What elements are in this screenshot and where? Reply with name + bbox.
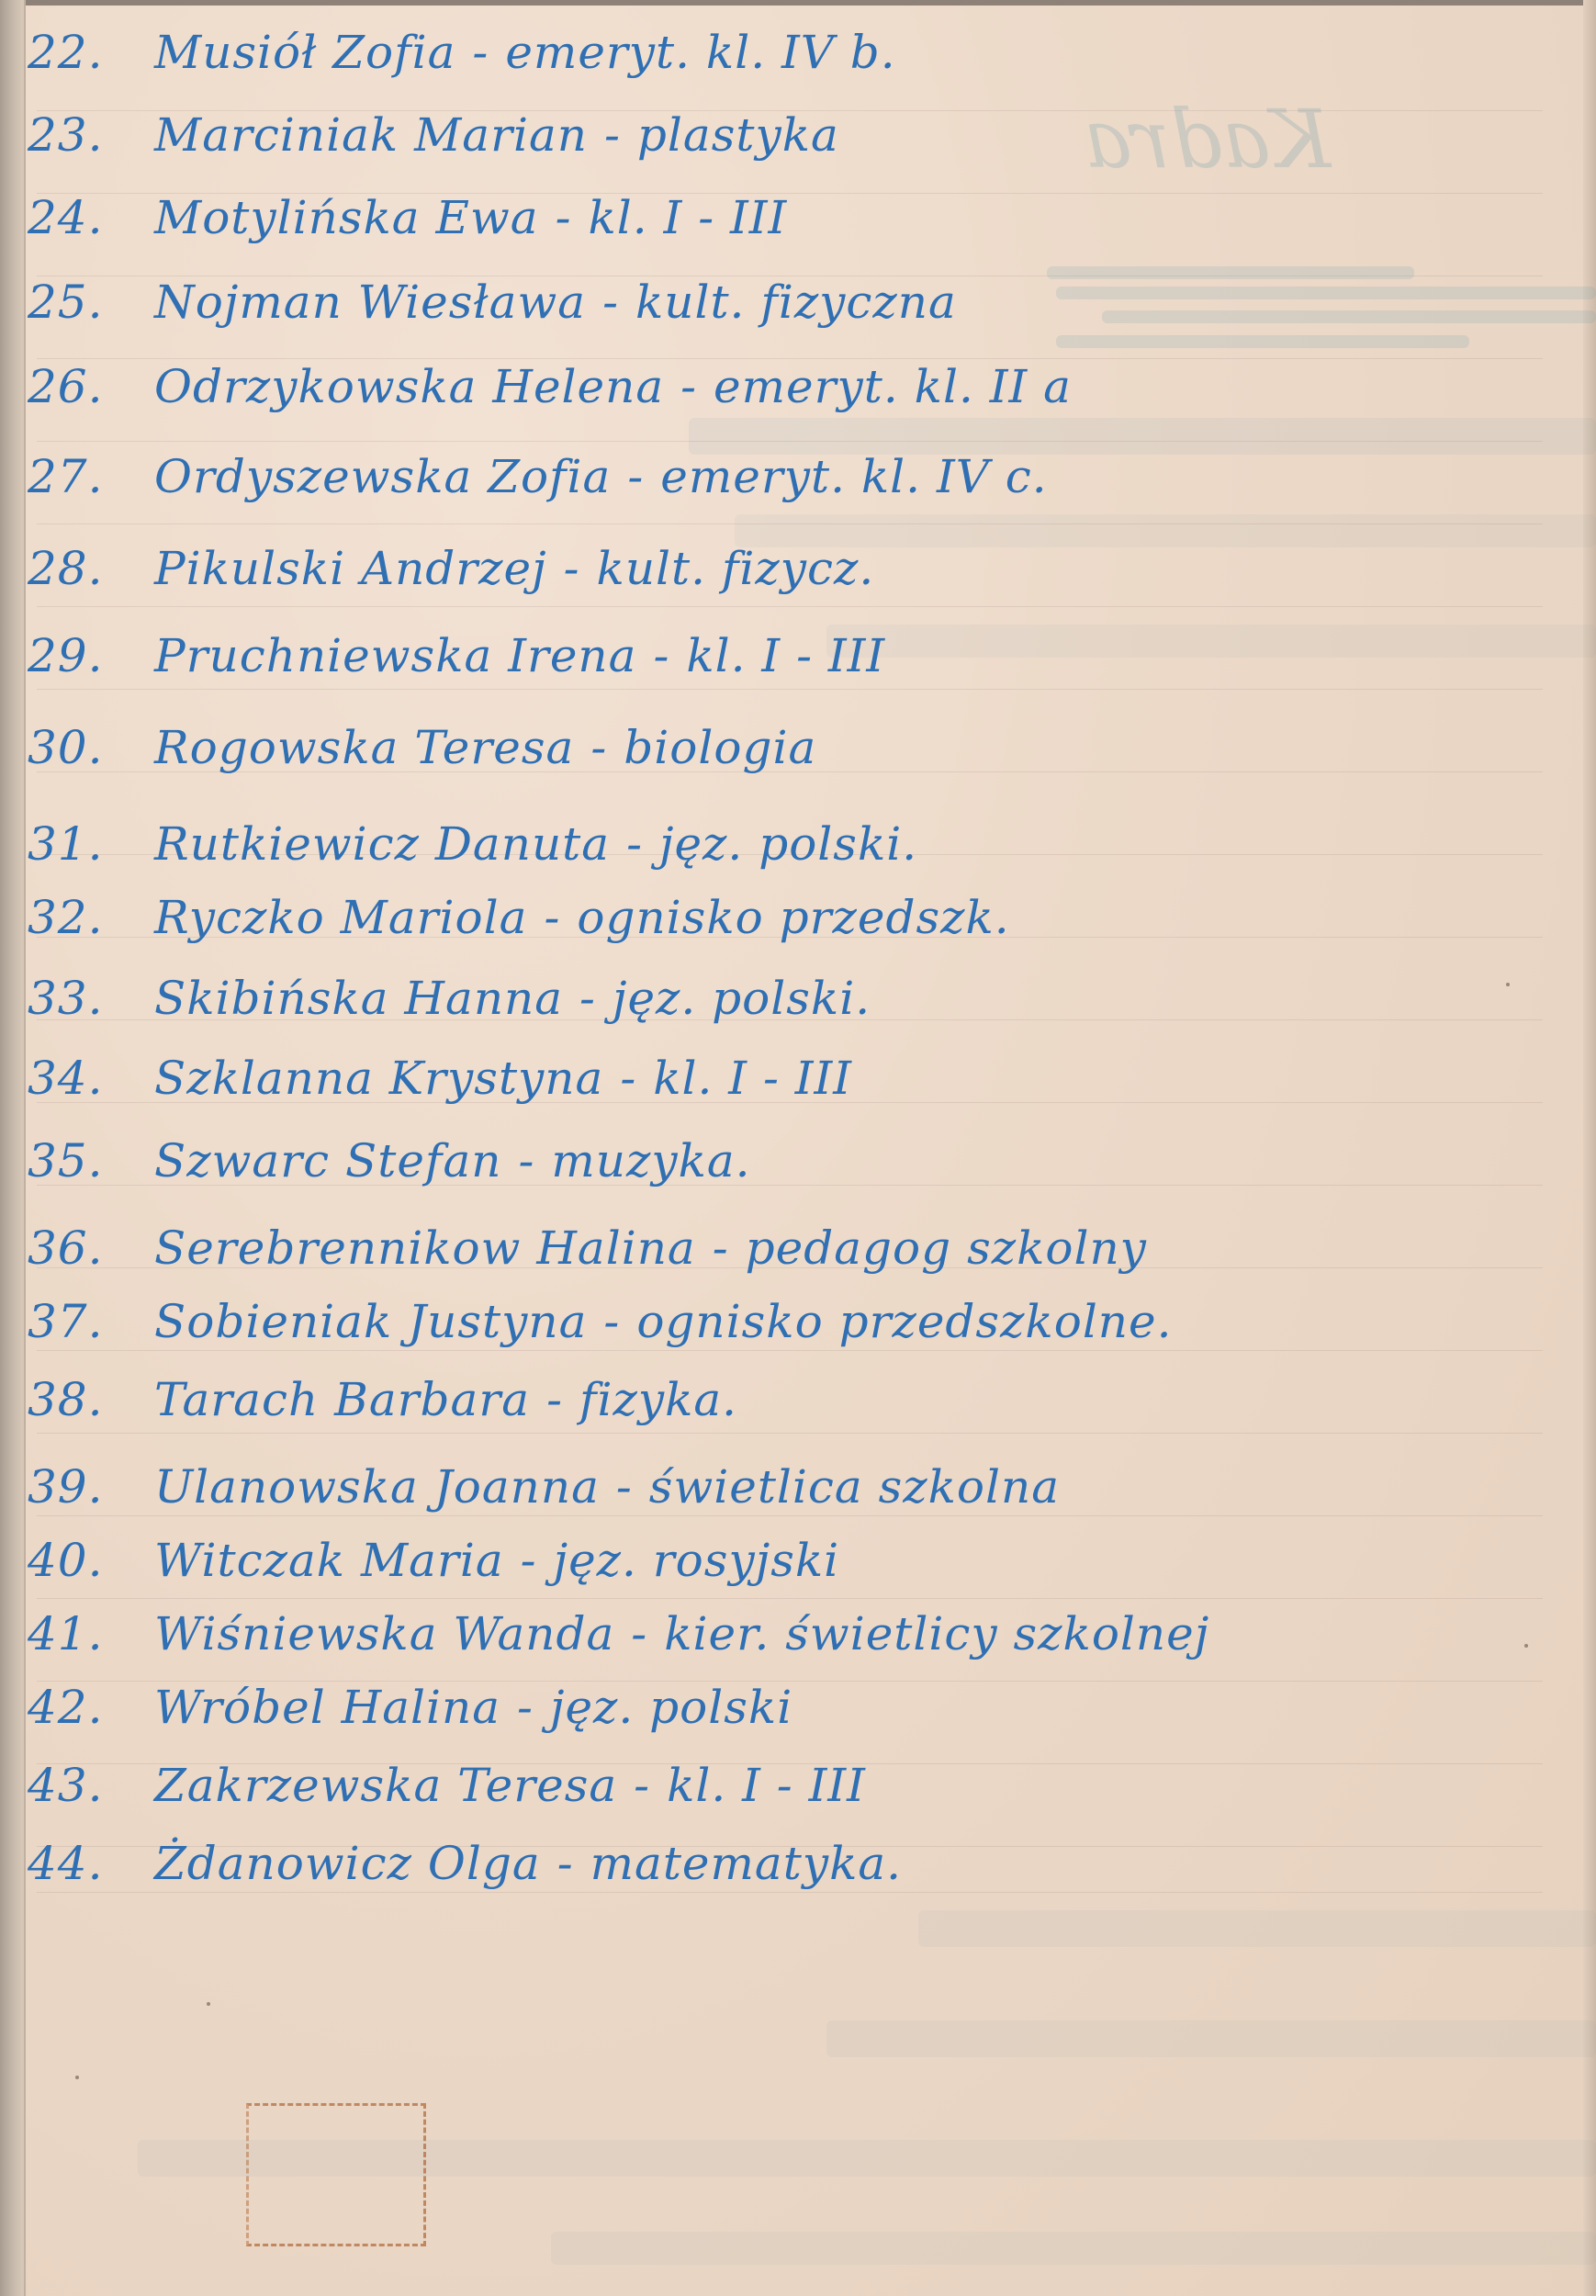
- entry-subject: jęz. polski.: [613, 972, 871, 1025]
- list-item: 26. Odrzykowska Helena - emeryt. kl. II …: [28, 360, 1072, 443]
- entry-subject: emeryt. kl. II a: [714, 360, 1072, 413]
- entry-subject: kult. fizyczna: [635, 276, 957, 329]
- entry-number: 25.: [28, 276, 138, 329]
- entry-subject: ognisko przedszk.: [577, 891, 1009, 944]
- entry-name: Tarach Barbara: [154, 1373, 530, 1426]
- list-item: 27. Ordyszewska Zofia - emeryt. kl. IV c…: [28, 450, 1048, 533]
- entry-subject: jęz. polski.: [659, 817, 917, 871]
- entry-separator: -: [680, 360, 697, 413]
- entry-number: 43.: [28, 1759, 138, 1812]
- entry-separator: -: [602, 276, 619, 329]
- entry-name: Szwarc Stefan: [154, 1134, 501, 1187]
- entry-number: 38.: [28, 1373, 138, 1426]
- list-item: 44. Żdanowicz Olga - matematyka.: [28, 1837, 902, 1919]
- bleed-through-text: [826, 2020, 1596, 2057]
- entry-separator: -: [616, 1460, 633, 1514]
- entry-name: Serebrennikow Halina: [154, 1221, 696, 1275]
- entry-name: Pruchniewska Irena: [154, 629, 636, 682]
- list-item: 28. Pikulski Andrzej - kult. fizycz.: [28, 542, 874, 625]
- list-item: 29. Pruchniewska Irena - kl. I - III: [28, 629, 885, 712]
- entry-separator: -: [556, 191, 572, 244]
- list-item: 43. Zakrzewska Teresa - kl. I - III: [28, 1759, 866, 1841]
- entry-number: 29.: [28, 629, 138, 682]
- entry-name: Motylińska Ewa: [154, 191, 539, 244]
- entry-subject: pedagog szkolny: [746, 1221, 1147, 1275]
- entry-separator: -: [603, 1295, 620, 1348]
- entry-separator: -: [634, 1759, 650, 1812]
- page-top-edge: [0, 0, 1596, 6]
- entry-number: 32.: [28, 891, 138, 944]
- entry-separator: -: [546, 1373, 563, 1426]
- entry-number: 33.: [28, 972, 138, 1025]
- entry-subject: jęz. polski: [550, 1681, 792, 1734]
- bleed-through-title: Kadra: [1084, 92, 1331, 186]
- entry-name: Sobieniak Justyna: [154, 1295, 587, 1348]
- entry-separator: -: [590, 721, 607, 774]
- entry-subject: ognisko przedszkolne.: [636, 1295, 1172, 1348]
- list-item: 22. Musiół Zofia - emeryt. kl. IV b.: [28, 26, 896, 108]
- entry-number: 30.: [28, 721, 138, 774]
- list-item: 41. Wiśniewska Wanda - kier. świetlicy s…: [28, 1607, 1209, 1690]
- list-item: 38. Tarach Barbara - fizyka.: [28, 1373, 737, 1456]
- entry-subject: emeryt. kl. IV b.: [505, 26, 895, 79]
- entry-number: 31.: [28, 817, 138, 871]
- list-item: 32. Ryczko Mariola - ognisko przedszk.: [28, 891, 1010, 974]
- entry-subject: emeryt. kl. IV c.: [660, 450, 1047, 503]
- rust-staple-mark: [246, 2103, 426, 2246]
- entry-name: Rutkiewicz Danuta: [154, 817, 610, 871]
- entry-name: Musiół Zofia: [154, 26, 455, 79]
- entry-number: 24.: [28, 191, 138, 244]
- entry-separator: -: [521, 1534, 537, 1587]
- entry-subject: kl. I - III: [667, 1759, 866, 1812]
- entry-number: 40.: [28, 1534, 138, 1587]
- entry-subject: kult. fizycz.: [597, 542, 875, 595]
- entry-separator: -: [564, 542, 580, 595]
- entry-subject: biologia: [624, 721, 816, 774]
- paper-speck: [1506, 983, 1510, 986]
- entry-subject: kl. I - III: [589, 191, 788, 244]
- entry-number: 44.: [28, 1837, 138, 1890]
- bleed-through-text: [551, 2232, 1596, 2265]
- entry-number: 27.: [28, 450, 138, 503]
- list-item: 34. Szklanna Krystyna - kl. I - III: [28, 1052, 852, 1134]
- entry-number: 37.: [28, 1295, 138, 1348]
- entry-separator: -: [544, 891, 560, 944]
- entry-name: Wróbel Halina: [154, 1681, 500, 1734]
- entry-separator: -: [626, 817, 643, 871]
- entry-separator: -: [557, 1837, 574, 1890]
- entry-name: Szklanna Krystyna: [154, 1052, 603, 1105]
- entry-separator: -: [472, 26, 489, 79]
- bleed-through-underline: [1056, 287, 1596, 299]
- page-right-edge: [1583, 0, 1596, 2296]
- ruled-line: [37, 358, 1543, 359]
- list-item: 40. Witczak Maria - jęz. rosyjski: [28, 1534, 839, 1616]
- bleed-through-underline: [1102, 310, 1596, 323]
- entry-name: Witczak Maria: [154, 1534, 504, 1587]
- entry-number: 36.: [28, 1221, 138, 1275]
- entry-subject: świetlica szkolna: [649, 1460, 1060, 1514]
- entry-separator: -: [579, 972, 596, 1025]
- entry-name: Ulanowska Joanna: [154, 1460, 600, 1514]
- entry-number: 23.: [28, 108, 138, 162]
- entry-number: 39.: [28, 1460, 138, 1514]
- entry-number: 28.: [28, 542, 138, 595]
- entry-subject: plastyka: [637, 108, 839, 162]
- list-item: 35. Szwarc Stefan - muzyka.: [28, 1134, 751, 1217]
- list-item: 39. Ulanowska Joanna - świetlica szkolna: [28, 1460, 1060, 1543]
- entry-subject: kier. świetlicy szkolnej: [664, 1607, 1209, 1660]
- list-item: 24. Motylińska Ewa - kl. I - III: [28, 191, 787, 274]
- entry-number: 41.: [28, 1607, 138, 1660]
- entry-separator: -: [631, 1607, 647, 1660]
- list-item: 25. Nojman Wiesława - kult. fizyczna: [28, 276, 957, 358]
- entry-subject: matematyka.: [590, 1837, 902, 1890]
- entry-name: Marciniak Marian: [154, 108, 588, 162]
- entry-subject: kl. I - III: [686, 629, 885, 682]
- entry-number: 26.: [28, 360, 138, 413]
- entry-separator: -: [517, 1681, 534, 1734]
- entry-number: 35.: [28, 1134, 138, 1187]
- document-page: Kadra 22. Musiół Zofia - emeryt. kl. IV …: [0, 0, 1596, 2296]
- entry-number: 22.: [28, 26, 138, 79]
- paper-speck: [1524, 1644, 1528, 1648]
- list-item: 36. Serebrennikow Halina - pedagog szkol…: [28, 1221, 1147, 1304]
- bleed-through-underline: [1047, 266, 1414, 279]
- entry-name: Wiśniewska Wanda: [154, 1607, 614, 1660]
- list-item: 42. Wróbel Halina - jęz. polski: [28, 1681, 792, 1763]
- list-item: 30. Rogowska Teresa - biologia: [28, 721, 816, 804]
- entry-separator: -: [620, 1052, 636, 1105]
- paper-speck: [75, 2076, 79, 2079]
- entry-name: Żdanowicz Olga: [154, 1837, 541, 1890]
- list-item: 31. Rutkiewicz Danuta - jęz. polski.: [28, 817, 917, 900]
- entry-name: Skibińska Hanna: [154, 972, 563, 1025]
- entry-separator: -: [518, 1134, 534, 1187]
- entry-name: Pikulski Andrzej: [154, 542, 547, 595]
- entry-number: 42.: [28, 1681, 138, 1734]
- bleed-through-text: [918, 1910, 1596, 1947]
- page-binding-edge: [0, 0, 26, 2296]
- bleed-through-underline: [1056, 335, 1469, 348]
- list-item: 33. Skibińska Hanna - jęz. polski.: [28, 972, 871, 1054]
- entry-separator: -: [653, 629, 669, 682]
- entry-name: Ordyszewska Zofia: [154, 450, 611, 503]
- list-item: 37. Sobieniak Justyna - ognisko przedszk…: [28, 1295, 1173, 1378]
- entry-subject: fizyka.: [579, 1373, 737, 1426]
- bleed-through-text: [826, 625, 1596, 658]
- entry-separator: -: [604, 108, 621, 162]
- entry-name: Nojman Wiesława: [154, 276, 586, 329]
- entry-subject: jęz. rosyjski: [554, 1534, 840, 1587]
- entry-subject: muzyka.: [551, 1134, 750, 1187]
- entry-separator: -: [713, 1221, 729, 1275]
- entry-separator: -: [627, 450, 644, 503]
- entry-subject: kl. I - III: [653, 1052, 852, 1105]
- entry-name: Zakrzewska Teresa: [154, 1759, 617, 1812]
- entry-number: 34.: [28, 1052, 138, 1105]
- entry-name: Ryczko Mariola: [154, 891, 527, 944]
- entry-name: Rogowska Teresa: [154, 721, 574, 774]
- paper-speck: [207, 2002, 210, 2006]
- list-item: 23. Marciniak Marian - plastyka: [28, 108, 839, 191]
- entry-name: Odrzykowska Helena: [154, 360, 664, 413]
